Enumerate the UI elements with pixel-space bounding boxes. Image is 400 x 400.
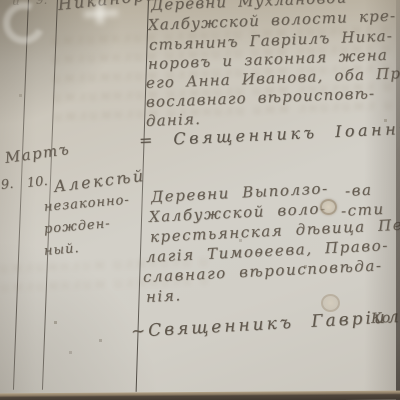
- ruled-column-line-left: [13, 0, 29, 390]
- glare-spot: [0, 0, 51, 50]
- record-clergy-signature-suffix: Ко: [371, 311, 391, 326]
- record-status-note-line: незаконно-: [43, 194, 130, 214]
- margin-number-right: 10.: [26, 175, 48, 190]
- record-description-line: нія.: [146, 288, 182, 305]
- record-prev-description-line: данія.: [146, 112, 202, 129]
- margin-month-label: Мартъ: [4, 142, 71, 166]
- record-description-line: -ва: [345, 183, 373, 199]
- record-status-note-line: ный.: [43, 242, 80, 258]
- page-bottom-edge: [0, 391, 400, 400]
- record-status-note-line: рожден-: [43, 217, 111, 236]
- margin-number-left: 9.: [0, 178, 14, 192]
- page-right-edge-shadow: [396, 0, 400, 400]
- glare-spot: [96, 2, 104, 24]
- record-child-name: Алексѣй: [53, 168, 146, 195]
- document-photo: имлимнлим илмнили имм лнилимл имнлимил и…: [0, 0, 400, 400]
- paper-speckles: [0, 0, 1, 1]
- paper-wormhole-stain: [320, 199, 337, 215]
- paper-wormhole-stain: [321, 294, 340, 312]
- record-clergy-signature: ~Священникъ Гавріилъ: [131, 308, 400, 341]
